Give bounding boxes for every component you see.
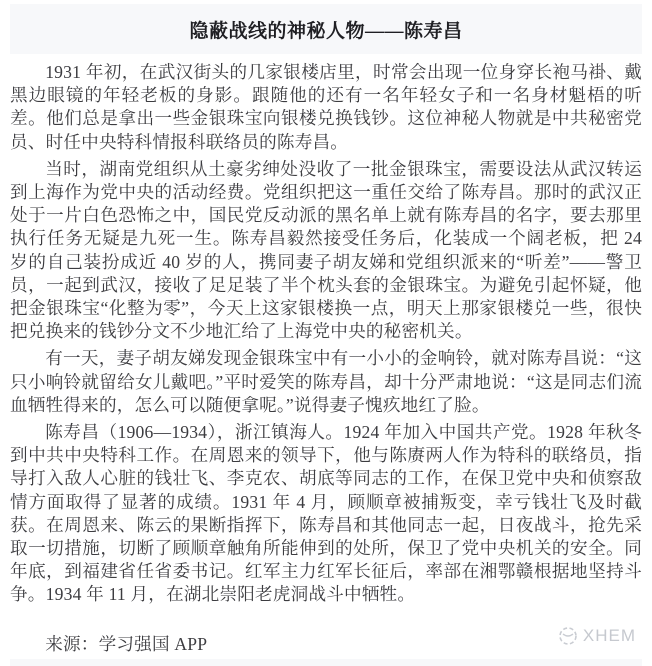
title-band: 隐蔽战线的神秘人物——陈寿昌 [10,4,642,54]
paragraph-2: 当时，湖南党组织从土豪劣绅处没收了一批金银珠宝，需要设法从武汉转运到上海作为党中… [10,158,642,344]
article-title: 隐蔽战线的神秘人物——陈寿昌 [189,16,462,43]
article-body: 1931 年初，在武汉街头的几家银楼店里，时常会出现一位身穿长袍马褂、戴黑边眼镜… [10,61,642,660]
paragraph-4: 陈寿昌（1906—1934），浙江镇海人。1924 年加入中国共产党。1928 … [10,421,642,607]
bottom-band [10,659,642,666]
watermark-label: XHEM [583,626,636,646]
paragraph-1: 1931 年初，在武汉街头的几家银楼店里，时常会出现一位身穿长袍马褂、戴黑边眼镜… [10,61,642,154]
paragraph-3: 有一天，妻子胡友娣发现金银珠宝中有一小小的金响铃，就对陈寿昌说：“这只小响铃就留… [10,347,642,417]
globe-icon [558,626,578,646]
source-line: 来源：学习强国 APP [10,611,642,656]
article-page: 隐蔽战线的神秘人物——陈寿昌 1931 年初，在武汉街头的几家银楼店里，时常会出… [0,0,652,666]
watermark: XHEM [558,626,636,646]
